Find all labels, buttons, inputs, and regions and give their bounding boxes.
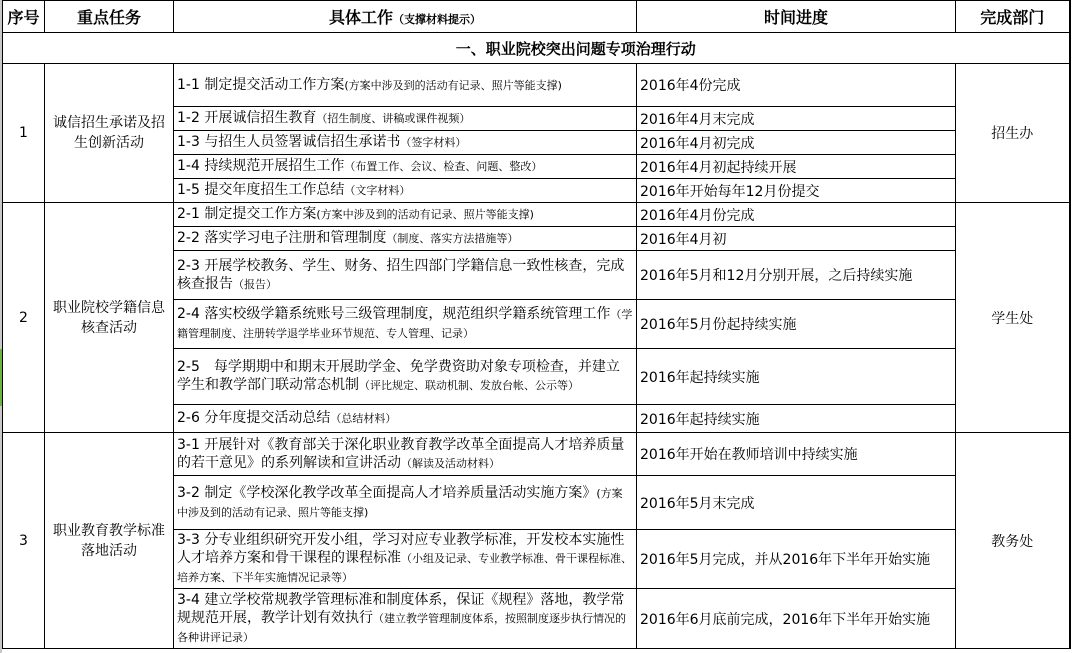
work-cell[interactable]: 1-2 开展诚信招生教育（招生制度、讲稿或课件视频） bbox=[174, 107, 637, 131]
table-row: 1 诚信招生承诺及招生创新活动 1-1 制定提交活动工作方案(方案中涉及到的活动… bbox=[3, 64, 1070, 107]
work-cell[interactable]: 1-3 与招生人员签署诚信招生承诺书（签字材料） bbox=[174, 131, 637, 155]
work-note: (方案中涉及到的活动有记录、照片等能支撑) bbox=[344, 79, 562, 92]
work-text: 1-2 开展诚信招生教育 bbox=[177, 110, 316, 126]
work-cell[interactable]: 3-4 建立学校常规教学管理标准和制度体系，保证《规程》落地，教学常规规范开展，… bbox=[174, 589, 637, 649]
time-cell[interactable]: 2016年4月初 bbox=[637, 227, 956, 251]
time-cell[interactable]: 2016年4月初起持续开展 bbox=[637, 155, 956, 179]
time-cell[interactable]: 2016年开始在教师培训中持续实施 bbox=[637, 433, 956, 476]
section-row: 一、职业院校突出问题专项治理行动 bbox=[3, 33, 1070, 64]
section-title-cell[interactable]: 一、职业院校突出问题专项治理行动 bbox=[3, 33, 1070, 64]
work-cell[interactable]: 1-4 持续规范开展招生工作（布置工作、会议、检查、问题、整改） bbox=[174, 155, 637, 179]
time-cell[interactable]: 2016年起持续实施 bbox=[637, 405, 956, 433]
group-no-cell[interactable]: 1 bbox=[3, 64, 45, 203]
section-title: 一、职业院校突出问题专项治理行动 bbox=[376, 38, 696, 59]
dept-cell[interactable]: 招生办 bbox=[956, 64, 1070, 203]
group-no-cell[interactable]: 2 bbox=[3, 203, 45, 433]
work-note: （总结材料） bbox=[330, 412, 396, 425]
work-cell[interactable]: 2-4 落实校级学籍系统账号三级管理制度，规范组织学籍系统管理工作（学籍管理制度… bbox=[174, 300, 637, 349]
work-text: 1-5 提交年度招生工作总结 bbox=[177, 182, 344, 198]
work-note: （制度、落实方法措施等） bbox=[386, 232, 518, 245]
header-row: 序号 重点任务 具体工作（支撑材料提示） 时间进度 完成部门 bbox=[3, 1, 1070, 33]
header-time[interactable]: 时间进度 bbox=[637, 1, 956, 33]
table-row: 2 职业院校学籍信息核查活动 2-1 制定提交工作方案(方案中涉及到的活动有记录… bbox=[3, 203, 1070, 227]
work-cell[interactable]: 2-3 开展学校教务、学生、财务、招生四部门学籍信息一致性核查，完成核查报告（报… bbox=[174, 251, 637, 300]
work-note: （招生制度、讲稿或课件视频） bbox=[316, 112, 470, 125]
group-task-cell[interactable]: 职业教育教学标准落地活动 bbox=[45, 433, 174, 649]
work-note: （签字材料） bbox=[400, 136, 466, 149]
time-cell[interactable]: 2016年4月份完成 bbox=[637, 203, 956, 227]
header-work-note: （支撑材料提示） bbox=[393, 13, 481, 26]
work-note: （解读及活动材料） bbox=[401, 457, 500, 470]
work-cell[interactable]: 2-6 分年度提交活动总结（总结材料） bbox=[174, 405, 637, 433]
work-text: 2-1 制定提交工作方案 bbox=[177, 206, 316, 222]
work-cell[interactable]: 3-2 制定《学校深化教学改革全面提高人才培养质量活动实施方案》(方案中涉及到的… bbox=[174, 476, 637, 530]
header-work[interactable]: 具体工作（支撑材料提示） bbox=[174, 1, 637, 33]
header-dept[interactable]: 完成部门 bbox=[956, 1, 1070, 33]
work-note: （评比规定、联动机制、发放台帐、公示等） bbox=[359, 379, 579, 392]
work-text: 2-6 分年度提交活动总结 bbox=[177, 410, 330, 426]
dept-cell[interactable]: 教务处 bbox=[956, 433, 1070, 649]
time-cell[interactable]: 2016年4月初完成 bbox=[637, 131, 956, 155]
table-row: 3 职业教育教学标准落地活动 3-1 开展针对《教育部关于深化职业教育教学改革全… bbox=[3, 433, 1070, 476]
work-note: （布置工作、会议、检查、问题、整改） bbox=[344, 160, 542, 173]
work-cell[interactable]: 2-2 落实学习电子注册和管理制度（制度、落实方法措施等） bbox=[174, 227, 637, 251]
group-task-cell[interactable]: 诚信招生承诺及招生创新活动 bbox=[45, 64, 174, 203]
time-cell[interactable]: 2016年4份完成 bbox=[637, 64, 956, 107]
time-cell[interactable]: 2016年开始每年12月份提交 bbox=[637, 179, 956, 203]
work-cell[interactable]: 3-3 分专业组织研究开发小组，学习对应专业教学标准，开发校本实施性人才培养方案… bbox=[174, 530, 637, 589]
work-cell[interactable]: 2-1 制定提交工作方案(方案中涉及到的活动有记录、照片等能支撑) bbox=[174, 203, 637, 227]
work-note: (方案中涉及到的活动有记录、照片等能支撑) bbox=[316, 208, 534, 221]
work-text: 1-4 持续规范开展招生工作 bbox=[177, 158, 344, 174]
group-no-cell[interactable]: 3 bbox=[3, 433, 45, 649]
time-cell[interactable]: 2016年5月完成，并从2016年下半年开始实施 bbox=[637, 530, 956, 589]
work-cell[interactable]: 1-5 提交年度招生工作总结（文字材料） bbox=[174, 179, 637, 203]
group-task-cell[interactable]: 职业院校学籍信息核查活动 bbox=[45, 203, 174, 433]
time-cell[interactable]: 2016年4月末完成 bbox=[637, 107, 956, 131]
time-cell[interactable]: 2016年6月底前完成，2016年下半年开始实施 bbox=[637, 589, 956, 649]
work-text: 1-1 制定提交活动工作方案 bbox=[177, 77, 344, 93]
header-work-label: 具体工作 bbox=[329, 8, 393, 27]
work-text: 2-4 落实校级学籍系统账号三级管理制度，规范组织学籍系统管理工作 bbox=[177, 306, 610, 322]
work-cell[interactable]: 3-1 开展针对《教育部关于深化职业教育教学改革全面提高人才培养质量的若干意见》… bbox=[174, 433, 637, 476]
time-cell[interactable]: 2016年5月末完成 bbox=[637, 476, 956, 530]
work-note: （报告） bbox=[233, 278, 277, 291]
time-cell[interactable]: 2016年起持续实施 bbox=[637, 349, 956, 405]
work-cell[interactable]: 1-1 制定提交活动工作方案(方案中涉及到的活动有记录、照片等能支撑) bbox=[174, 64, 637, 107]
dept-cell[interactable]: 学生处 bbox=[956, 203, 1070, 433]
header-no[interactable]: 序号 bbox=[3, 1, 45, 33]
work-cell[interactable]: 2-5 每学期期中和期末开展助学金、免学费资助对象专项检查，并建立学生和教学部门… bbox=[174, 349, 637, 405]
work-plan-table: 序号 重点任务 具体工作（支撑材料提示） 时间进度 完成部门 一、职业院校突出问… bbox=[2, 0, 1071, 649]
time-cell[interactable]: 2016年5月和12月分别开展，之后持续实施 bbox=[637, 251, 956, 300]
header-task[interactable]: 重点任务 bbox=[45, 1, 174, 33]
work-text: 2-2 落实学习电子注册和管理制度 bbox=[177, 230, 386, 246]
work-text: 3-2 制定《学校深化教学改革全面提高人才培养质量活动实施方案》 bbox=[177, 485, 596, 501]
work-note: （文字材料） bbox=[344, 184, 410, 197]
work-text: 1-3 与招生人员签署诚信招生承诺书 bbox=[177, 134, 400, 150]
time-cell[interactable]: 2016年5月份起持续实施 bbox=[637, 300, 956, 349]
